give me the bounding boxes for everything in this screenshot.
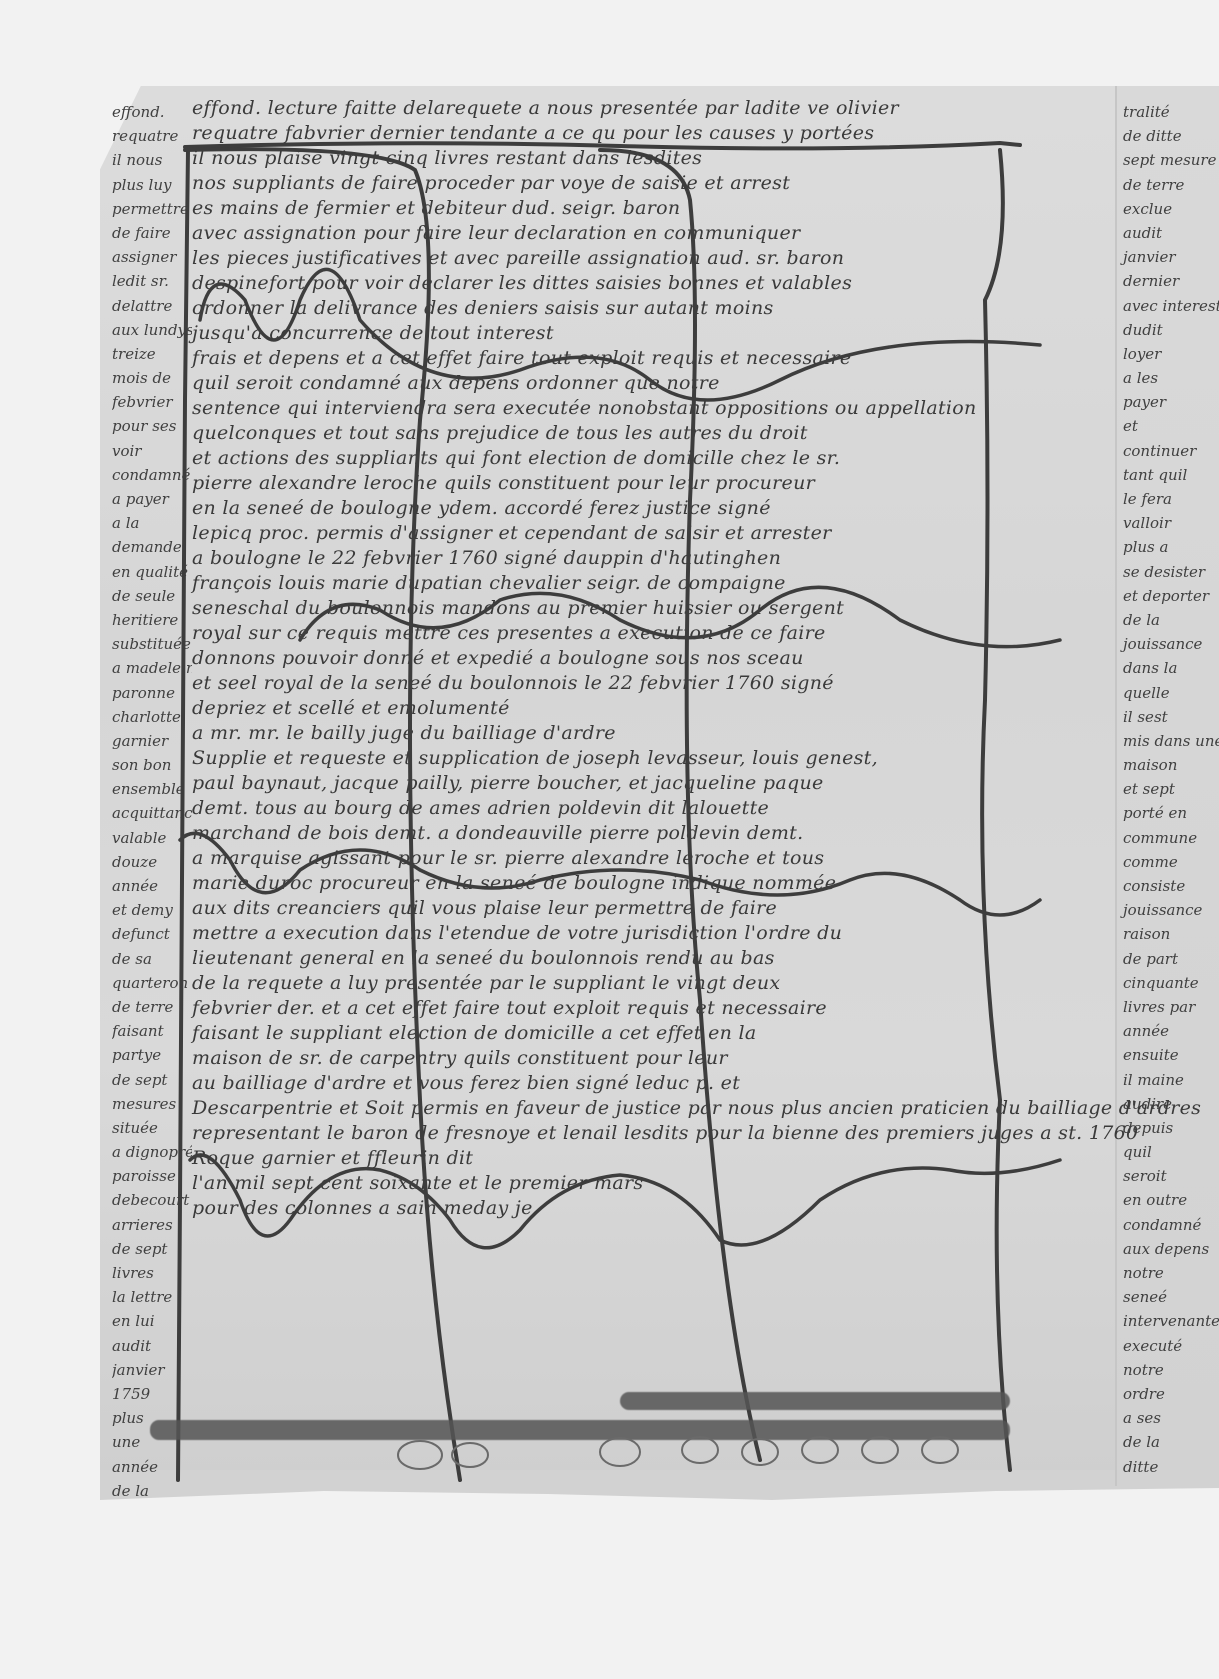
- right-page-line: se desister: [1117, 560, 1219, 584]
- manuscript-line: françois louis marie dupatian chevalier …: [110, 571, 1120, 596]
- margin-note-line: janvier: [112, 1358, 192, 1382]
- manuscript-line: ordonner la delivrance des deniers saisi…: [110, 296, 1120, 321]
- right-page-line: avec interest: [1117, 294, 1219, 318]
- right-page-line: en outre: [1117, 1188, 1219, 1212]
- manuscript-line: depriez et scellé et emolumenté: [110, 696, 1120, 721]
- right-page-line: condamné: [1117, 1213, 1219, 1237]
- manuscript-line: paul baynaut, jacque pailly, pierre bouc…: [110, 771, 1120, 796]
- manuscript-line: les pieces justificatives et avec pareil…: [110, 246, 1120, 271]
- manuscript-line: et actions des suppliants qui font elect…: [110, 446, 1120, 471]
- right-page-line: il sest: [1117, 705, 1219, 729]
- right-page-line: intervenante: [1117, 1309, 1219, 1333]
- margin-note-line: année: [112, 1455, 192, 1479]
- manuscript-line: Supplie et requeste et supplication de j…: [110, 746, 1120, 771]
- right-page-line: dudit: [1117, 318, 1219, 342]
- right-page-line: seneé: [1117, 1285, 1219, 1309]
- right-page-line: comme: [1117, 850, 1219, 874]
- right-page-line: jouissance: [1117, 632, 1219, 656]
- right-page-line: le fera: [1117, 487, 1219, 511]
- manuscript-line: effond. lecture faitte delarequete a nou…: [110, 96, 1120, 121]
- right-page-line: executé: [1117, 1334, 1219, 1358]
- struck-out-text-scribble: [620, 1392, 1010, 1410]
- right-page-line: plus a: [1117, 535, 1219, 559]
- manuscript-line: es mains de fermier et debiteur dud. sei…: [110, 196, 1120, 221]
- right-page-line: notre: [1117, 1261, 1219, 1285]
- manuscript-line: marchand de bois demt. a dondeauville pi…: [110, 821, 1120, 846]
- margin-note-line: 1759: [112, 1382, 192, 1406]
- right-page-line: commune: [1117, 826, 1219, 850]
- manuscript-line: en la seneé de boulogne ydem. accordé fe…: [110, 496, 1120, 521]
- right-page-line: valloir: [1117, 511, 1219, 535]
- right-page-line: de la: [1117, 608, 1219, 632]
- right-page-line: raison: [1117, 922, 1219, 946]
- right-page-line: de part: [1117, 947, 1219, 971]
- manuscript-line: frais et depens et a cet effet faire tou…: [110, 346, 1120, 371]
- manuscript-line: mettre a execution dans l'etendue de vot…: [110, 921, 1120, 946]
- manuscript-line: a marquise agissant pour le sr. pierre a…: [110, 846, 1120, 871]
- manuscript-line: il nous plaise vingt cinq livres restant…: [110, 146, 1120, 171]
- manuscript-line: requatre fabvrier dernier tendante a ce …: [110, 121, 1120, 146]
- right-page-line: livres par: [1117, 995, 1219, 1019]
- right-page-line: ditte: [1117, 1455, 1219, 1479]
- manuscript-line: pierre alexandre leroche quils constitue…: [110, 471, 1120, 496]
- manuscript-line: febvrier der. et a cet effet faire tout …: [110, 996, 1120, 1021]
- margin-note-line: audit: [112, 1334, 192, 1358]
- manuscript-line: despinefort pour voir declarer les ditte…: [110, 271, 1120, 296]
- right-page-line: continuer: [1117, 439, 1219, 463]
- manuscript-line: l'an mil sept cent soixante et le premie…: [110, 1171, 1120, 1196]
- right-page-line: a les: [1117, 366, 1219, 390]
- right-page-line: année: [1117, 1019, 1219, 1043]
- right-page-line: et: [1117, 414, 1219, 438]
- right-page-line: aux depens: [1117, 1237, 1219, 1261]
- manuscript-line: royal sur ce requis mettre ces presentes…: [110, 621, 1120, 646]
- margin-note-line: de la: [112, 1479, 192, 1503]
- right-page-line: maison: [1117, 753, 1219, 777]
- right-page-line: mis dans une: [1117, 729, 1219, 753]
- right-page-line: tralité: [1117, 100, 1219, 124]
- manuscript-line: marie duroc procureur en la seneé de bou…: [110, 871, 1120, 896]
- right-page-line: seroit: [1117, 1164, 1219, 1188]
- manuscript-line: faisant le suppliant election de domicil…: [110, 1021, 1120, 1046]
- right-page-line: janvier: [1117, 245, 1219, 269]
- manuscript-line: representant le baron de fresnoye et len…: [110, 1121, 1120, 1146]
- manuscript-line: aux dits creanciers quil vous plaise leu…: [110, 896, 1120, 921]
- right-page-line: il maine: [1117, 1068, 1219, 1092]
- right-page-line: quelle: [1117, 681, 1219, 705]
- right-facing-page: tralitéde dittesept mesurede terreexclue…: [1115, 86, 1219, 1486]
- right-page-line: dans la: [1117, 656, 1219, 680]
- right-page-line: de la: [1117, 1430, 1219, 1454]
- manuscript-line: demt. tous au bourg de ames adrien polde…: [110, 796, 1120, 821]
- right-page-line: payer: [1117, 390, 1219, 414]
- manuscript-line: avec assignation pour faire leur declara…: [110, 221, 1120, 246]
- manuscript-line: de la requete a luy presentée par le sup…: [110, 971, 1120, 996]
- right-page-line: dernier: [1117, 269, 1219, 293]
- right-page-line: loyer: [1117, 342, 1219, 366]
- manuscript-line: Descarpentrie et Soit permis en faveur d…: [110, 1096, 1120, 1121]
- torn-bottom-edge: [100, 1470, 1219, 1500]
- margin-note-line: livres: [112, 1261, 192, 1285]
- right-page-line: notre: [1117, 1358, 1219, 1382]
- margin-note-line: la lettre: [112, 1285, 192, 1309]
- margin-note-line: de sept: [112, 1237, 192, 1261]
- right-page-line: tant quil: [1117, 463, 1219, 487]
- manuscript-line: quelconques et tout sans prejudice de to…: [110, 421, 1120, 446]
- manuscript-line: donnons pouvoir donné et expedié a boulo…: [110, 646, 1120, 671]
- manuscript-line: Roque garnier et ffleurin dit: [110, 1146, 1120, 1171]
- right-page-line: exclue: [1117, 197, 1219, 221]
- main-text-block: effond. lecture faitte delarequete a nou…: [110, 96, 1120, 1221]
- right-page-line: audit: [1117, 221, 1219, 245]
- manuscript-line: a boulogne le 22 febvrier 1760 signé dau…: [110, 546, 1120, 571]
- manuscript-line: au bailliage d'ardre et vous ferez bien …: [110, 1071, 1120, 1096]
- right-page-line: sept mesure: [1117, 148, 1219, 172]
- manuscript-line: et seel royal de la seneé du boulonnois …: [110, 671, 1120, 696]
- manuscript-line: a mr. mr. le bailly juge du bailliage d'…: [110, 721, 1120, 746]
- right-page-line: ordre: [1117, 1382, 1219, 1406]
- manuscript-line: lepicq proc. permis d'assigner et cepend…: [110, 521, 1120, 546]
- margin-note-line: en lui: [112, 1309, 192, 1333]
- signature-line-scribble: [150, 1420, 1010, 1440]
- manuscript-line: maison de sr. de carpentry quils constit…: [110, 1046, 1120, 1071]
- right-page-line: et deporter: [1117, 584, 1219, 608]
- right-page-line: de terre: [1117, 173, 1219, 197]
- right-page-line: de ditte: [1117, 124, 1219, 148]
- manuscript-line: lieutenant general en la seneé du boulon…: [110, 946, 1120, 971]
- manuscript-line: nos suppliants de faire proceder par voy…: [110, 171, 1120, 196]
- right-page-line: a ses: [1117, 1406, 1219, 1430]
- right-page-line: et sept: [1117, 777, 1219, 801]
- manuscript-line: seneschal du boulonnois mandons au premi…: [110, 596, 1120, 621]
- manuscript-line: quil seroit condamné aux depens ordonner…: [110, 371, 1120, 396]
- manuscript-line: sentence qui interviendra sera executée …: [110, 396, 1120, 421]
- manuscript-line: jusqu'a concurrence de tout interest: [110, 321, 1120, 346]
- right-page-line: jouissance: [1117, 898, 1219, 922]
- right-page-line: ensuite: [1117, 1043, 1219, 1067]
- manuscript-line: pour des colonnes a sain meday je: [110, 1196, 1120, 1221]
- right-page-line: porté en: [1117, 801, 1219, 825]
- right-page-line: cinquante: [1117, 971, 1219, 995]
- right-page-line: consiste: [1117, 874, 1219, 898]
